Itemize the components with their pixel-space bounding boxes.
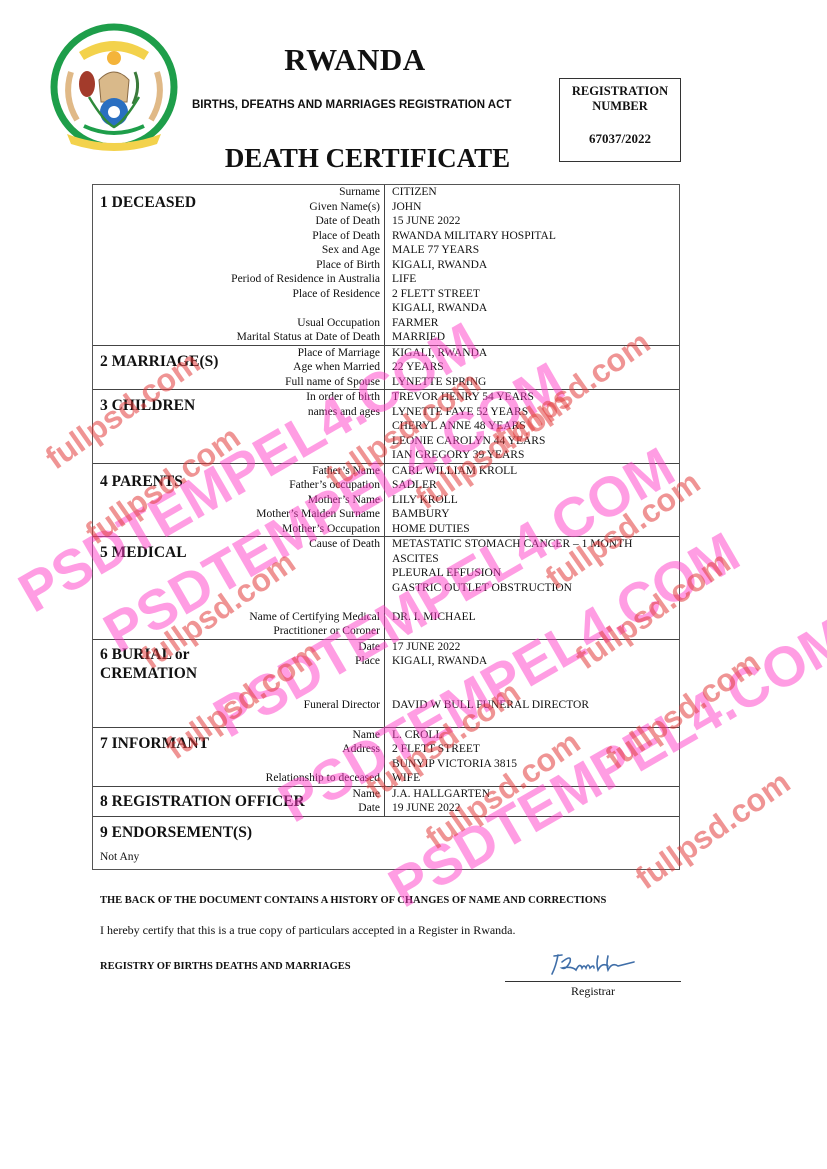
field-value: LYNETTE FAYE 52 YEARS [392,405,679,420]
field-value: KIGALI, RWANDA [392,654,679,669]
section-title-line2: CREMATION [100,664,197,683]
field-value: IAN GREGORY 39 YEARS [392,448,679,463]
field-value: PLEURAL EFFUSION [392,566,679,581]
field-value: 19 JUNE 2022 [392,801,679,816]
number-label: NUMBER [560,99,680,114]
field-label: Practitioner or Coroner [93,624,380,639]
section-medical: 5 MEDICAL Cause of DeathName of Certifyi… [93,537,679,640]
field-value: FARMER [392,316,679,331]
field-value: KIGALI, RWANDA [392,346,679,361]
field-value: TREVOR HENRY 54 YEARS [392,390,679,405]
field-value [392,712,679,727]
endorsement-text: Not Any [100,851,672,863]
field-value: ASCITES [392,552,679,567]
act-subtitle: BIRTHS, DFEATHS AND MARRIAGES REGISTRATI… [192,99,511,111]
field-value: L. CROLL [392,728,679,743]
field-value: CARL WILLIAM KROLL [392,464,679,479]
back-of-document-note: THE BACK OF THE DOCUMENT CONTAINS A HIST… [100,895,606,906]
field-value: METASTATIC STOMACH CANCER – 1 MONTH [392,537,679,552]
field-label: Period of Residence in Australia [93,272,380,287]
field-values: CARL WILLIAM KROLLSADLERLILY KROLLBAMBUR… [385,464,679,537]
field-values: L. CROLL2 FLETT STREETBUNYIP VICTORIA 38… [385,728,679,786]
field-value: HOME DUTIES [392,522,679,537]
field-label [93,434,380,449]
registry-name: REGISTRY OF BIRTHS DEATHS AND MARRIAGES [100,961,351,972]
section-title: 3 CHILDREN [100,396,195,415]
section-title-line1: 6 BURIAL or [100,645,197,664]
field-value: CITIZEN [392,185,679,200]
field-label [93,683,380,698]
section-parents: 4 PARENTS Father’s NameFather’s occupati… [93,464,679,538]
field-value: BAMBURY [392,507,679,522]
section-title: 7 INFORMANT [100,734,209,753]
certification-statement: I hereby certify that this is a true cop… [100,923,516,938]
field-value: 2 FLETT STREET [392,742,679,757]
field-value: SADLER [392,478,679,493]
field-label [93,448,380,463]
section-title: 2 MARRIAGE(S) [100,352,218,371]
field-label: Mother’s Occupation [93,522,380,537]
field-label: Name of Certifying Medical [93,610,380,625]
registration-number-box: REGISTRATION NUMBER 67037/2022 [559,78,681,162]
field-value: LYNETTE SPRING [392,375,679,390]
field-value: JOHN [392,200,679,215]
country-title: RWANDA [200,42,510,78]
field-label [93,595,380,610]
field-label: Funeral Director [93,698,380,713]
field-values: TREVOR HENRY 54 YEARSLYNETTE FAYE 52 YEA… [385,390,679,463]
field-value: LIFE [392,272,679,287]
section-marriage: 2 MARRIAGE(S) Place of MarriageAge when … [93,346,679,391]
section-title: 9 ENDORSEMENT(S) [100,823,672,842]
field-label: Mother’s Maiden Surname [93,507,380,522]
section-children: 3 CHILDREN In order of birthnames and ag… [93,390,679,464]
field-label: Place of Death [93,229,380,244]
field-label: Marital Status at Date of Death [93,330,380,345]
section-title: 1 DECEASED [100,193,196,212]
field-label [93,581,380,596]
section-endorsements: 9 ENDORSEMENT(S) Not Any [93,817,679,869]
field-label: Sex and Age [93,243,380,258]
field-label [93,712,380,727]
field-label: Full name of Spouse [93,375,380,390]
document-title: DEATH CERTIFICATE [200,143,535,174]
field-value: DR. I. MICHAEL [392,610,679,625]
field-values: METASTATIC STOMACH CANCER – 1 MONTHASCIT… [385,537,679,639]
field-label: Mother’s Name [93,493,380,508]
field-value: KIGALI, RWANDA [392,301,679,316]
field-value: GASTRIC OUTLET OBSTRUCTION [392,581,679,596]
field-label: Relationship to deceased [93,771,380,786]
field-value: BUNYIP VICTORIA 3815 [392,757,679,772]
field-value [392,595,679,610]
field-label [93,757,380,772]
field-value [392,669,679,684]
section-title: 5 MEDICAL [100,543,187,562]
field-value: 22 YEARS [392,360,679,375]
registrar-signature-icon [548,952,638,978]
section-registration-officer: 8 REGISTRATION OFFICER NameDate J.A. HAL… [93,787,679,817]
field-value: 15 JUNE 2022 [392,214,679,229]
signature-line [505,981,681,982]
field-value: MALE 77 YEARS [392,243,679,258]
field-value: LEONIE CAROLYN 44 YEARS [392,434,679,449]
field-label [93,301,380,316]
field-value: RWANDA MILITARY HOSPITAL [392,229,679,244]
field-value [392,683,679,698]
field-value: 2 FLETT STREET [392,287,679,302]
certificate-form: 1 DECEASED SurnameGiven Name(s)Date of D… [92,184,680,870]
section-title: 8 REGISTRATION OFFICER [100,792,305,811]
section-title: 4 PARENTS [100,472,183,491]
field-value: J.A. HALLGARTEN [392,787,679,802]
field-values: J.A. HALLGARTEN19 JUNE 2022 [385,787,679,816]
field-label: Usual Occupation [93,316,380,331]
field-label: Place of Residence [93,287,380,302]
section-burial: 6 BURIAL or CREMATION DatePlaceFuneral D… [93,640,679,728]
field-values: KIGALI, RWANDA22 YEARSLYNETTE SPRING [385,346,679,390]
field-value: LILY KROLL [392,493,679,508]
field-values: CITIZENJOHN15 JUNE 2022RWANDA MILITARY H… [385,185,679,345]
field-label: Place of Birth [93,258,380,273]
field-value: CHERYL ANNE 48 YEARS [392,419,679,434]
registration-number: 67037/2022 [560,131,680,147]
field-value: 17 JUNE 2022 [392,640,679,655]
field-value [392,624,679,639]
field-label: Date of Death [93,214,380,229]
field-value: WIFE [392,771,679,786]
section-deceased: 1 DECEASED SurnameGiven Name(s)Date of D… [93,185,679,346]
coat-of-arms-emblem-icon [49,22,179,156]
field-label [93,419,380,434]
registrar-label: Registrar [505,984,681,999]
field-value: DAVID W BULL FUNERAL DIRECTOR [392,698,679,713]
registration-label: REGISTRATION [560,84,680,99]
field-label [93,566,380,581]
field-values: 17 JUNE 2022KIGALI, RWANDADAVID W BULL F… [385,640,679,727]
field-value: MARRIED [392,330,679,345]
field-value: KIGALI, RWANDA [392,258,679,273]
section-informant: 7 INFORMANT NameAddressRelationship to d… [93,728,679,787]
section-title: 6 BURIAL or CREMATION [100,645,197,683]
